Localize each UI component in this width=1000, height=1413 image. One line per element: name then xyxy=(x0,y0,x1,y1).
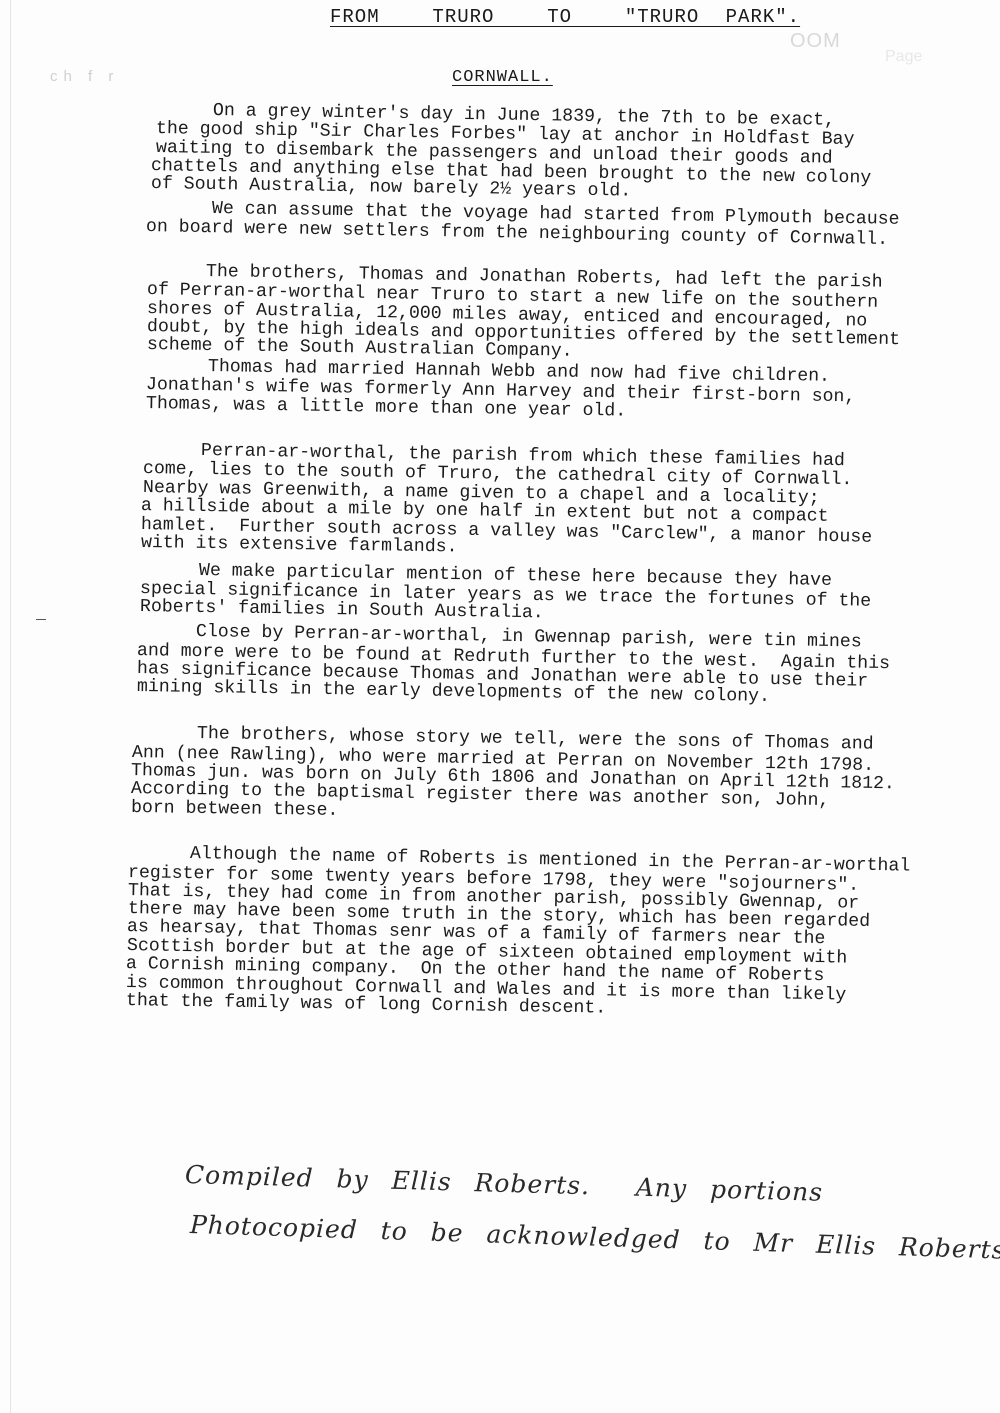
document-title: FROM TRURO TO "TRURO PARK". xyxy=(330,6,800,28)
scan-edge xyxy=(10,0,11,1413)
text-line: born between these. xyxy=(131,799,339,820)
section-heading: CORNWALL. xyxy=(452,68,553,87)
faint-stamp-secondary: Page xyxy=(885,48,922,66)
margin-mark xyxy=(36,619,46,620)
text-line: Roberts' families in South Australia. xyxy=(140,598,544,622)
faint-stamp: OOM xyxy=(790,30,841,53)
text-line: with its extensive farmlands. xyxy=(141,534,458,556)
handwritten-line: Photocopied to be acknowledged to Mr Ell… xyxy=(190,1210,1000,1265)
margin-smudge: ch f r xyxy=(50,68,119,85)
document-page: FROM TRURO TO "TRURO PARK". CORNWALL. OO… xyxy=(0,0,1000,1413)
handwritten-line: Compiled by Ellis Roberts. Any portions xyxy=(185,1160,824,1207)
